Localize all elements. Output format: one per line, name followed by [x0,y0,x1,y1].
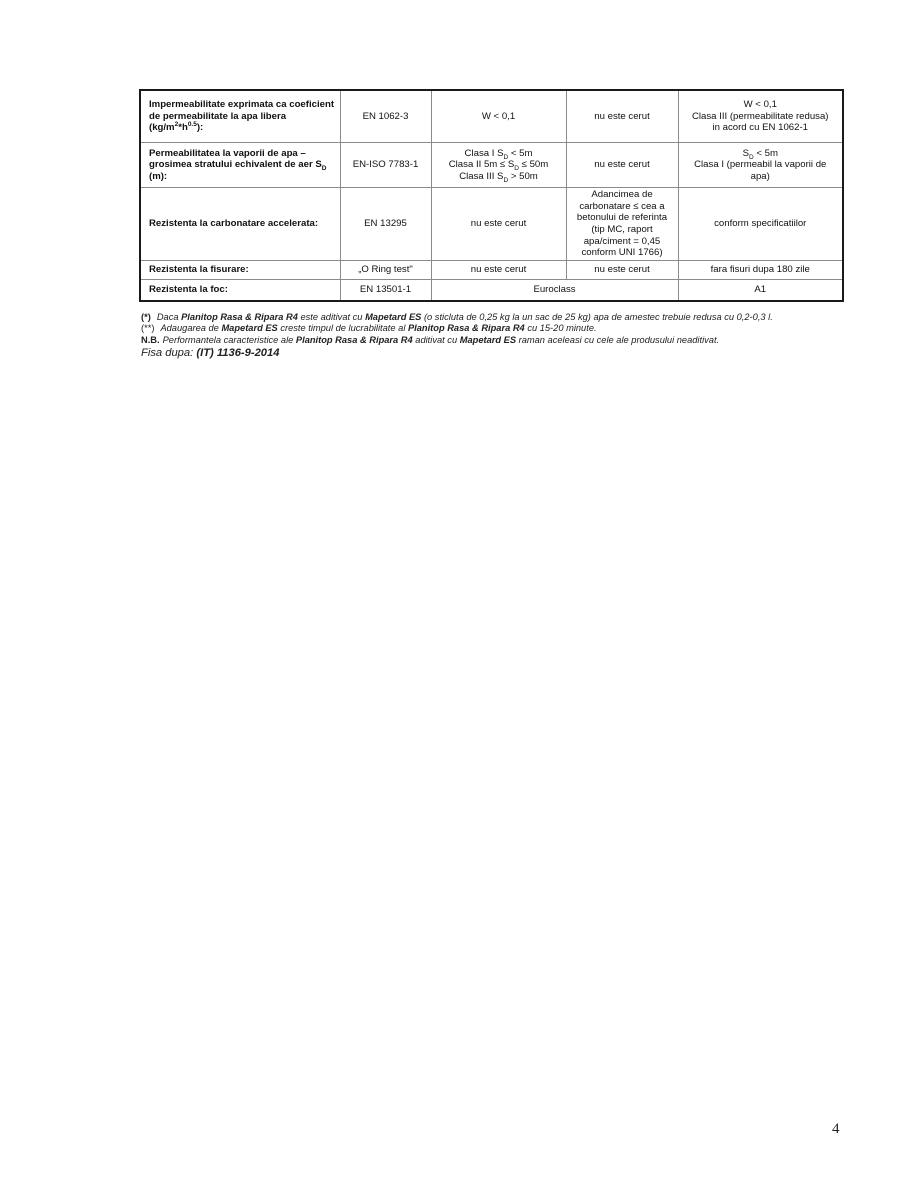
value-cell: A1 [678,280,843,302]
standard-cell: EN 13295 [340,188,431,261]
footnote-1: (*)Daca Planitop Rasa & Ripara R4 este a… [141,312,773,323]
standard-cell: EN 1062-3 [340,90,431,143]
value-cell: nu este cerut [566,261,678,280]
value-cell: W < 0,1Clasa III (permeabilitate redusa)… [678,90,843,143]
row-label: Impermeabilitate exprimata ca coeficient… [140,90,340,143]
standard-cell: EN 13501-1 [340,280,431,302]
standard-cell: „O Ring test" [340,261,431,280]
row-label: Rezistenta la fisurare: [140,261,340,280]
standard-cell: EN-ISO 7783-1 [340,143,431,188]
table-row: Permeabilitatea la vaporii de apa – gros… [140,143,843,188]
value-cell: SD < 5m Clasa I (permeabil la vaporii de… [678,143,843,188]
value-cell: nu este cerut [431,261,566,280]
footnote-nb: N.B.Performantela caracteristice ale Pla… [141,335,773,346]
value-cell: conform specificatiilor [678,188,843,261]
value-cell: nu este cerut [431,188,566,261]
table-row: Impermeabilitate exprimata ca coeficient… [140,90,843,143]
merged-value-cell: Euroclass [431,280,678,302]
specifications-table: Impermeabilitate exprimata ca coeficient… [139,89,844,302]
table-row: Rezistenta la carbonatare accelerata: EN… [140,188,843,261]
value-cell: Adancimea de carbonatare ≤ cea a betonul… [566,188,678,261]
row-label: Rezistenta la foc: [140,280,340,302]
row-label: Rezistenta la carbonatare accelerata: [140,188,340,261]
table-row: Rezistenta la fisurare: „O Ring test" nu… [140,261,843,280]
value-cell: Clasa I SD < 5m Clasa II 5m ≤ SD ≤ 50m C… [431,143,566,188]
source-reference: Fisa dupa: (IT) 1136-9-2014 [141,347,773,360]
page-number: 4 [832,1121,840,1138]
table-row: Rezistenta la foc: EN 13501-1 Euroclass … [140,280,843,302]
row-label: Permeabilitatea la vaporii de apa – gros… [140,143,340,188]
value-cell: nu este cerut [566,143,678,188]
value-cell: fara fisuri dupa 180 zile [678,261,843,280]
value-cell: W < 0,1 [431,90,566,143]
footnotes: (*)Daca Planitop Rasa & Ripara R4 este a… [141,312,773,360]
value-cell: nu este cerut [566,90,678,143]
footnote-2: (**)Adaugarea de Mapetard ES creste timp… [141,323,773,334]
